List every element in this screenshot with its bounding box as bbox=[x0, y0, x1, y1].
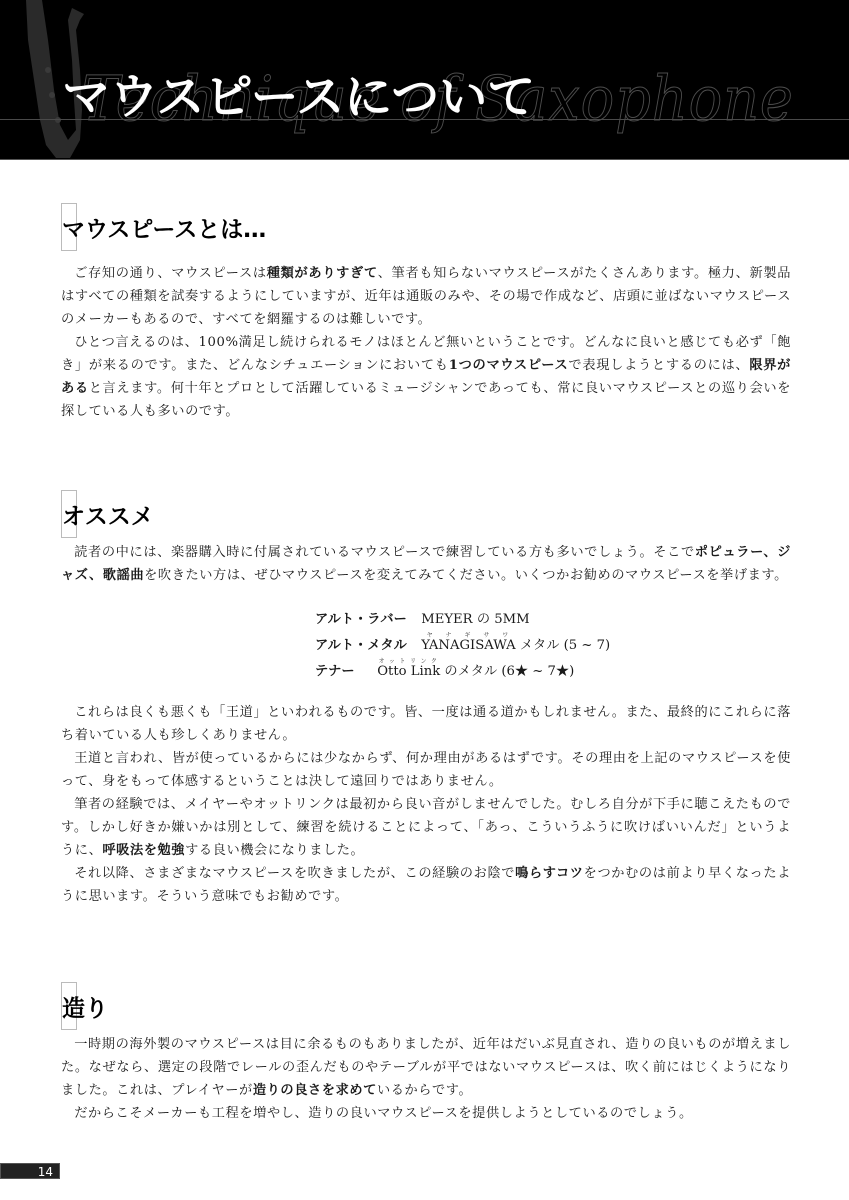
recommendation-item: アルト・メタル YANAGISAWAヤナギサワ メタル (5 ~ 7) bbox=[315, 632, 610, 658]
mouthpiece-detail: のメタル (6★ ~ 7★) bbox=[444, 664, 574, 679]
page-number-tab: 14 bbox=[0, 1163, 60, 1179]
paragraph: これらは良くも悪くも「王道」といわれるものです。皆、一度は通る道かもしれません。… bbox=[61, 701, 791, 747]
section-title: マウスピースとは… bbox=[62, 211, 266, 244]
paragraph: ひとつ言えるのは、100%満足し続けられるモノはほとんど無いということです。どん… bbox=[61, 331, 791, 423]
section-title: オススメ bbox=[62, 498, 154, 531]
recommendation-item: テナー Otto Linkオットリンク のメタル (6★ ~ 7★) bbox=[315, 658, 610, 684]
recommendation-item: アルト・ラバー MEYER の 5MM bbox=[315, 608, 610, 632]
section-body-what-is: ご存知の通り、マウスピースは種類がありすぎて、筆者も知らないマウスピースがたくさ… bbox=[61, 262, 791, 423]
page-number: 14 bbox=[38, 1164, 53, 1180]
recommendation-list: アルト・ラバー MEYER の 5MM アルト・メタル YANAGISAWAヤナ… bbox=[315, 608, 610, 684]
section-body-recommend: これらは良くも悪くも「王道」といわれるものです。皆、一度は通る道かもしれません。… bbox=[61, 701, 791, 908]
emphasis-text: 種類がありすぎて bbox=[267, 266, 378, 281]
page-header-banner: Technique of Saxophone マウスピースについて bbox=[0, 0, 849, 160]
mouthpiece-type: アルト・ラバー bbox=[315, 608, 417, 632]
mouthpiece-detail: の 5MM bbox=[477, 612, 530, 627]
paragraph: ご存知の通り、マウスピースは種類がありすぎて、筆者も知らないマウスピースがたくさ… bbox=[61, 262, 791, 331]
mouthpiece-detail: メタル (5 ~ 7) bbox=[520, 638, 610, 653]
paragraph: 筆者の経験では、メイヤーやオットリンクは最初から良い音がしませんでした。むしろ自… bbox=[61, 793, 791, 862]
paragraph: それ以降、さまざまなマウスピースを吹きましたが、この経験のお陰で鳴らすコツをつか… bbox=[61, 862, 791, 908]
mouthpiece-brand: Otto Linkオットリンク bbox=[377, 664, 440, 679]
section-title: 造り bbox=[62, 990, 108, 1023]
brand-ruby: オットリンク bbox=[377, 658, 440, 665]
brand-ruby: ヤナギサワ bbox=[421, 632, 515, 639]
section-body-construction: 一時期の海外製のマウスピースは目に余るものもありましたが、近年はだいぶ見直され、… bbox=[61, 1033, 791, 1125]
emphasis-text: 1つのマウスピース bbox=[449, 358, 569, 373]
mouthpiece-type: テナー bbox=[315, 660, 373, 684]
emphasis-text: 造りの良さを求めて bbox=[253, 1083, 377, 1098]
page-title: マウスピースについて bbox=[62, 58, 535, 127]
paragraph: 王道と言われ、皆が使っているからには少なからず、何か理由があるはずです。その理由… bbox=[61, 747, 791, 793]
paragraph: 読者の中には、楽器購入時に付属されているマウスピースで練習している方も多いでしょ… bbox=[61, 541, 791, 587]
emphasis-text: 鳴らすコツ bbox=[515, 866, 583, 881]
mouthpiece-brand: MEYER bbox=[421, 612, 472, 627]
paragraph: 一時期の海外製のマウスピースは目に余るものもありましたが、近年はだいぶ見直され、… bbox=[61, 1033, 791, 1102]
mouthpiece-type: アルト・メタル bbox=[315, 634, 417, 658]
mouthpiece-brand: YANAGISAWAヤナギサワ bbox=[421, 638, 515, 653]
emphasis-text: 呼吸法を勉強 bbox=[102, 843, 185, 858]
paragraph: だからこそメーカーも工程を増やし、造りの良いマウスピースを提供しようとしているの… bbox=[61, 1102, 791, 1125]
section-intro-recommend: 読者の中には、楽器購入時に付属されているマウスピースで練習している方も多いでしょ… bbox=[61, 541, 791, 587]
